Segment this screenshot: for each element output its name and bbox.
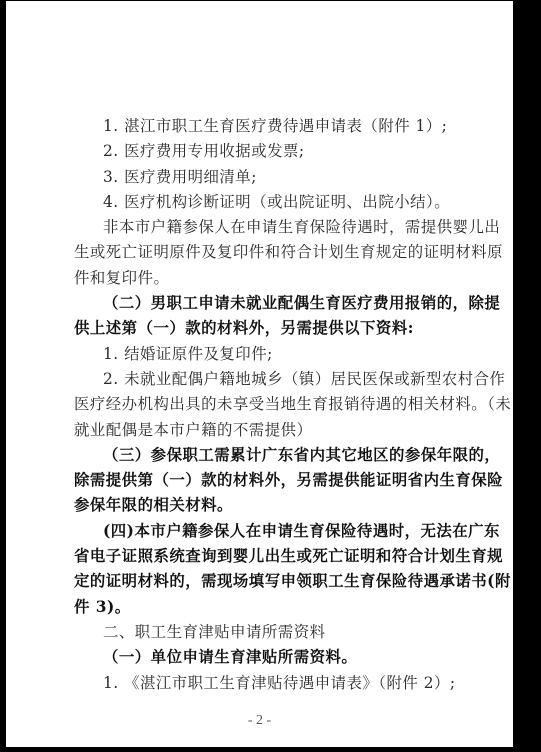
text-line: 1. 湛江市职工生育医疗费待遇申请表（附件 1）; [74, 114, 458, 139]
text-line: 除需提供第（一）款的材料外，另需提供能证明省内生育保险 [74, 468, 458, 493]
text-line: 定的证明材料的，需现场填写申领职工生育保险待遇承诺书(附 [74, 569, 458, 594]
document-page: 1. 湛江市职工生育医疗费待遇申请表（附件 1）;2. 医疗费用专用收据或发票;… [6, 1, 513, 747]
text-line: 二、职工生育津贴申请所需资料 [74, 620, 458, 645]
text-line: 供上述第（一）款的材料外，另需提供以下资料: [74, 316, 458, 341]
text-line: 3. 医疗费用明细清单; [74, 165, 458, 190]
text-line: 件和复印件。 [74, 266, 458, 291]
text-line: 4. 医疗机构诊断证明（或出院证明、出院小结）。 [74, 190, 458, 215]
document-body: 1. 湛江市职工生育医疗费待遇申请表（附件 1）;2. 医疗费用专用收据或发票;… [74, 114, 458, 696]
text-line: 就业配偶是本市户籍的不需提供） [74, 418, 458, 443]
text-line: (四)本市户籍参保人在申请生育保险待遇时，无法在广东 [74, 519, 458, 544]
text-line: 1. 《湛江市职工生育津贴待遇申请表》（附件 2）; [74, 671, 458, 696]
text-line: 生或死亡证明原件及复印件和符合计划生育规定的证明材料原 [74, 240, 458, 265]
text-line: 1. 结婚证原件及复印件; [74, 342, 458, 367]
text-line: （二）男职工申请未就业配偶生育医疗费用报销的，除提 [74, 291, 458, 316]
text-line: 2. 未就业配偶户籍地城乡（镇）居民医保或新型农村合作 [74, 367, 458, 392]
page-number: - 2 - [6, 713, 513, 729]
text-line: 非本市户籍参保人在申请生育保险待遇时，需提供婴儿出 [74, 215, 458, 240]
text-line: 参保年限的相关材料。 [74, 493, 458, 518]
text-line: （三）参保职工需累计广东省内其它地区的参保年限的， [74, 443, 458, 468]
text-line: 医疗经办机构出具的未享受当地生育报销待遇的相关材料。（未 [74, 392, 458, 417]
text-line: （一）单位申请生育津贴所需资料。 [74, 645, 458, 670]
text-line: 2. 医疗费用专用收据或发票; [74, 139, 458, 164]
text-line: 省电子证照系统查询到婴儿出生或死亡证明和符合计划生育规 [74, 544, 458, 569]
text-line: 件 3)。 [74, 595, 458, 620]
